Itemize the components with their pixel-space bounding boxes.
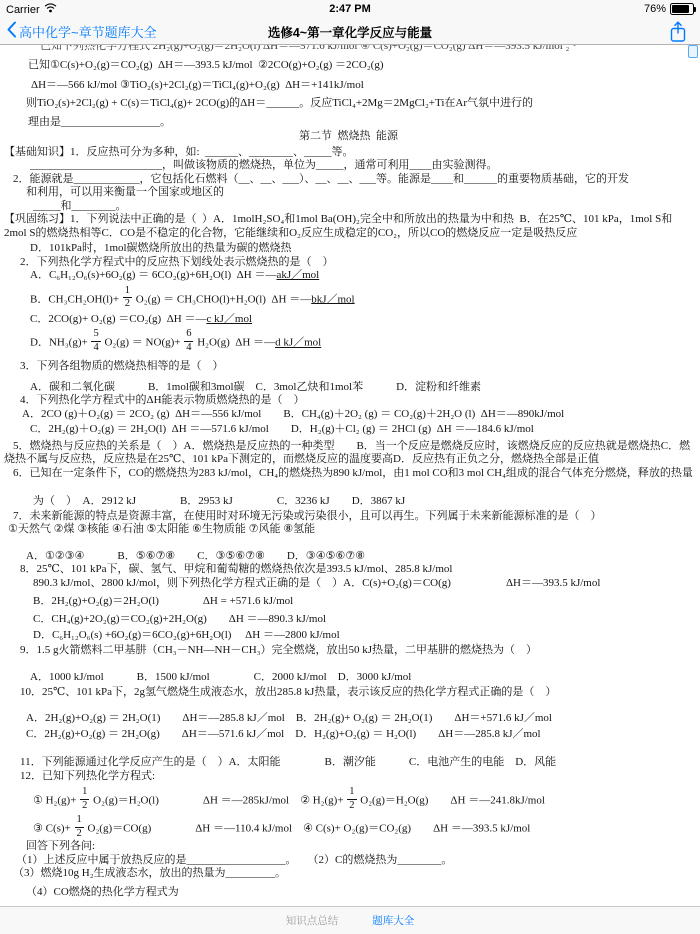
doc-line: C．2H₂(g)＋O₂(g) ＝ 2H₂O(l) ΔH ＝—571.6 kJ/m… [0, 423, 700, 437]
battery-percent: 76% [644, 3, 666, 15]
share-icon [668, 31, 688, 48]
doc-line: 第二节 燃烧热 能源 [0, 130, 700, 144]
nav-bar: 高中化学~章节题库大全 选修4~第一章化学反应与能量 [0, 20, 700, 44]
doc-line: （4）CO燃烧的热化学方程式为 [0, 886, 700, 900]
doc-line: D．101kPa时，1mol碳燃烧所放出的热量为碳的燃烧热 [0, 242, 700, 256]
doc-line: C．CH₄(g)+2O₂(g)＝CO₂(g)+2H₂O(g) ΔH ＝—890.… [0, 613, 700, 627]
doc-line: ③ C(s)+ 12 O₂(g)＝CO(g) ΔH ＝—110.4 kJ/mol… [0, 815, 700, 839]
doc-line: 9．1.5 g火箭燃料二甲基肼（CH₃－NH—NH－CH₃）完全燃烧，放出50 … [0, 644, 700, 658]
battery-icon [670, 3, 694, 15]
doc-line: ΔH＝—566 kJ/mol ③TiO₂(s)+2Cl₂(g)＝TiCl₄(g)… [0, 79, 700, 93]
doc-line: 2．能源就是____________，它包括化石燃料（__、__、___）、__… [0, 173, 700, 187]
doc-line: C．2CO(g)+ O₂(g) ＝CO₂(g) ΔH ＝—c kJ／mol [0, 313, 700, 327]
fraction: 12 [123, 286, 132, 310]
tab-question-bank[interactable]: 题库大全 [372, 913, 414, 928]
doc-line: 【基础知识】1．反应热可分为多种，如: ______、________、____… [0, 146, 700, 160]
fraction: 12 [80, 787, 89, 811]
doc-line: D．NH₃(g)+ 54 O₂(g) ＝ NO(g)+ 64 H₂O(g) ΔH… [0, 329, 700, 353]
doc-line: 10．25℃、101 kPa下，2g氢气燃烧生成液态水，放出285.8 kJ热量… [0, 686, 700, 700]
doc-line: 5．燃烧热与反应热的关系是（ ）A．燃烧热是反应热的一种类型 B．当一个反应是燃… [0, 440, 700, 454]
clipped-top-line: 已知下列热化学方程式 2H₂(g)+O₂(g)＝2H₂O(l) ΔH＝—571.… [0, 44, 700, 53]
scroll-indicator [688, 45, 698, 58]
doc-line: A．1000 kJ/mol B．1500 kJ/mol C．2000 kJ/mo… [0, 671, 700, 685]
fraction: 12 [75, 815, 84, 839]
fraction: 64 [184, 329, 193, 353]
doc-line: A．2CO (g)＋O₂(g) ＝ 2CO₂ (g) ΔH＝—556 kJ/mo… [0, 408, 700, 422]
doc-line: 3．下列各组物质的燃烧热相等的是（ ） [0, 360, 700, 374]
doc-line: A．C₆H₁₂O₆(s)+6O₂(g) ＝ 6CO₂(g)+6H₂O(l) ΔH… [0, 269, 700, 283]
doc-line: 12．已知下列热化学方程式: [0, 770, 700, 784]
doc-line: 【巩固练习】1．下列说法中正确的是（ ）A．1molH₂SO₄和1mol Ba(… [0, 213, 700, 227]
doc-line: ①天然气 ②煤 ③核能 ④石油 ⑤太阳能 ⑥生物质能 ⑦风能 ⑧氢能 [0, 523, 700, 537]
tab-bar: 知识点总结 题库大全 [0, 906, 700, 934]
document-view[interactable]: 已知下列热化学方程式 2H₂(g)+O₂(g)＝2H₂O(l) ΔH＝—571.… [0, 44, 700, 907]
clock: 2:47 PM [0, 3, 700, 15]
fraction: 12 [347, 787, 356, 811]
doc-line: A．2H₂(g)+O₂(g) ＝ 2H₂O(1) ΔH＝—285.8 kJ／mo… [0, 712, 700, 726]
doc-line: 烧热不属与反应热，反应热是在25℃、101 kPa下测定的，而燃烧反应的温度要高… [0, 453, 700, 467]
document-lines: 已知①C(s)+O₂(g)＝CO₂(g) ΔH＝—393.5 kJ/mol ②2… [0, 59, 700, 899]
doc-line: 8．25℃、101 kPa下，碳、氢气、甲烷和葡萄糖的燃烧热依次是393.5 k… [0, 563, 700, 577]
doc-line: ________________________，叫做该物质的燃烧热，单位为__… [0, 159, 700, 173]
header: Carrier 2:47 PM 76% 高中化学~章节题库大全 选修 [0, 0, 700, 45]
doc-line: B．2H₂(g)+O₂(g)＝2H₂O(l) ΔH = +571.6 kJ/mo… [0, 595, 700, 609]
doc-line: C．2H₂(g)+O₂(g) ＝ 2H₂O(g) ΔH＝—571.6 kJ／mo… [0, 728, 700, 742]
doc-line: 4．下列热化学方程式中的ΔH能表示物质燃烧热的是（ ） [0, 394, 700, 408]
chevron-left-icon [6, 21, 17, 41]
doc-line: 890.3 kJ/mol、2800 kJ/mol，则下列热化学方程式正确的是（ … [0, 577, 700, 591]
doc-line: B．CH₃CH₂OH(l)+ 12 O₂(g) ＝ CH₃CHO(l)+H₂O(… [0, 286, 700, 310]
doc-line: A．①②③④ B．⑤⑥⑦⑧ C．③⑤⑥⑦⑧ D．③④⑤⑥⑦⑧ [0, 550, 700, 564]
page-title: 选修4~第一章化学反应与能量 [120, 23, 580, 41]
doc-line: 理由是__________________。 [0, 116, 700, 130]
status-bar: Carrier 2:47 PM 76% [0, 0, 700, 20]
doc-line: ① H₂(g)+ 12 O₂(g)＝H₂O(l) ΔH ＝—285kJ/mol … [0, 787, 700, 811]
doc-line: A．碳和二氧化碳 B．1mol碳和3mol碳 C．3mol乙炔和1mol苯 D．… [0, 381, 700, 395]
doc-line: _____和________。 [0, 200, 700, 214]
doc-line: 为（ ） A．2912 kJ B．2953 kJ C．3236 kJ D．386… [0, 495, 700, 509]
doc-line: 2mol S的燃烧热相等C．CO是不稳定的化合物，它能继续和O₂反应生成稳定的C… [0, 227, 700, 241]
share-button[interactable] [668, 20, 690, 44]
doc-line: 和利用，可以用来衡量一个国家或地区的 [0, 186, 700, 200]
doc-line: （1）上述反应中属于放热反应的是__________________。 （2）C… [0, 854, 700, 868]
doc-line: 2．下列热化学方程式中的反应热下划线处表示燃烧热的是（ ） [0, 256, 700, 270]
doc-line: 回答下列各问: [0, 840, 700, 854]
doc-line: 6．已知在一定条件下，CO的燃烧热为283 kJ/mol，CH₄的燃烧热为890… [0, 467, 700, 481]
doc-line: 11．下列能源通过化学反应产生的是（ ）A．太阳能 B．潮汐能 C．电池产生的电… [0, 756, 700, 770]
doc-line: D．C₆H₁₂O₆(s) +6O₂(g)＝6CO₂(g)+6H₂O(l) ΔH … [0, 629, 700, 643]
fraction: 54 [91, 329, 100, 353]
doc-line: 已知①C(s)+O₂(g)＝CO₂(g) ΔH＝—393.5 kJ/mol ②2… [0, 59, 700, 73]
doc-line: 7．未来新能源的特点是资源丰富，在使用时对环境无污染或污染很小，且可以再生。下列… [0, 510, 700, 524]
app-window: Carrier 2:47 PM 76% 高中化学~章节题库大全 选修 [0, 0, 700, 934]
doc-line: （3）燃烧10g H₂生成液态水，放出的热量为_________。 [0, 867, 700, 881]
tab-knowledge-summary[interactable]: 知识点总结 [286, 913, 339, 928]
doc-line: 则TiO₂(s)+2Cl₂(g) + C(s)＝TiCl₄(g)+ 2CO(g)… [0, 97, 700, 111]
